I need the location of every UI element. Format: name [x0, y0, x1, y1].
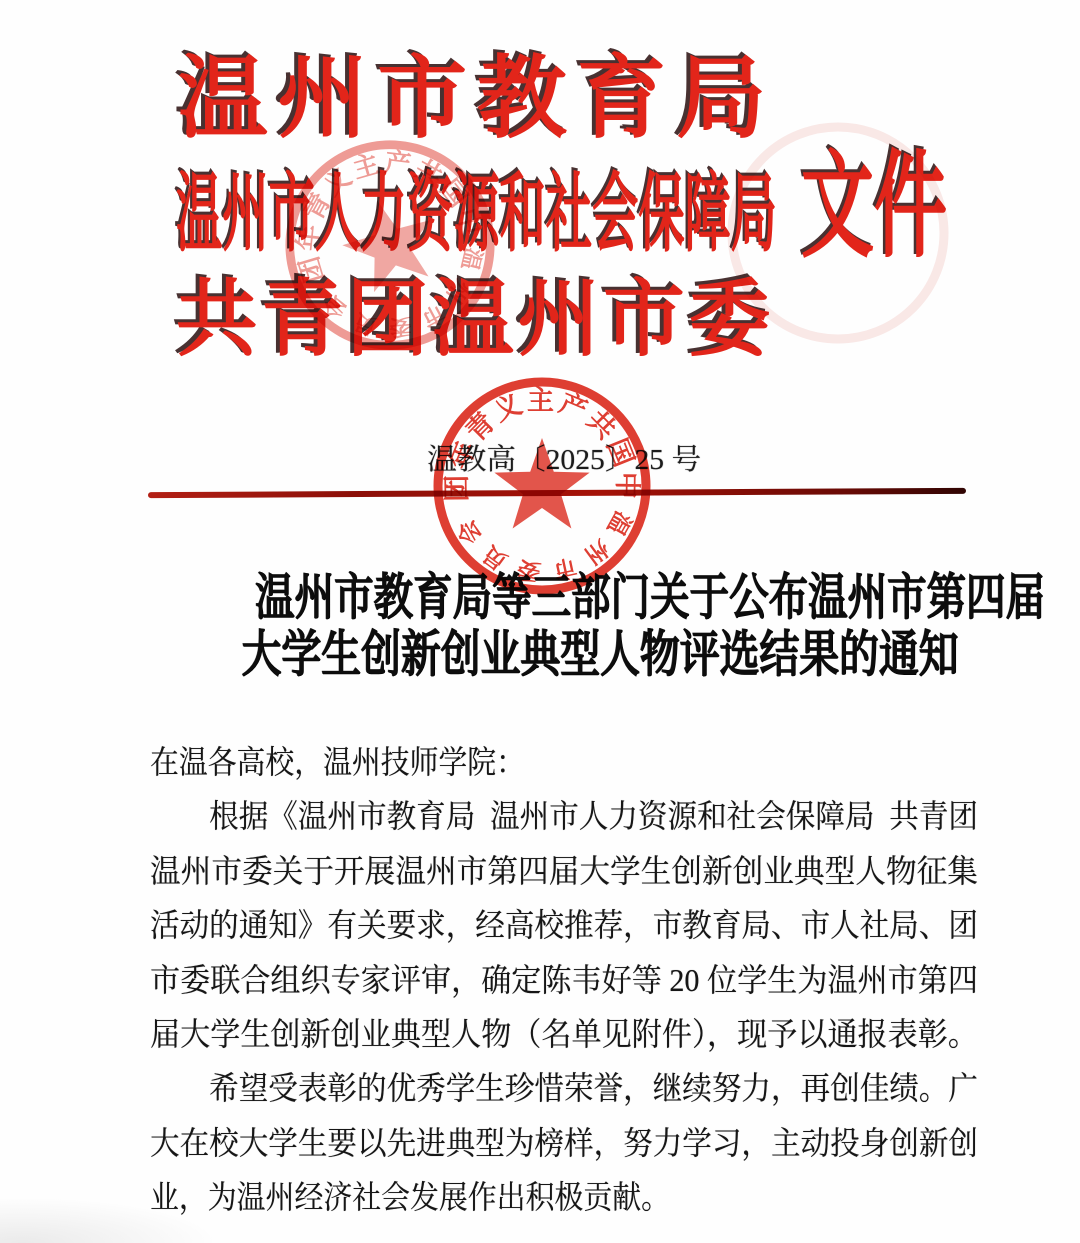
body-line: 届大学生创新创业典型人物（名单见附件），现予以通报表彰。 — [150, 1018, 978, 1050]
document-body: 在温各高校，温州技师学院： 根据《温州市教育局 温州市人力资源和社会保障局 共青… — [150, 742, 978, 1232]
youth-league-seal — [432, 376, 652, 596]
body-line: 希望受表彰的优秀学生珍惜荣誉，继续努力，再创佳绩。广 — [150, 1072, 978, 1104]
doc-number: 温教高〔2025〕25 号 — [427, 446, 701, 475]
document-title: 温州市教育局等三部门关于公布温州市第四届 大学生创新创业典型人物评选结果的通知 — [150, 572, 978, 686]
document-label: 文件 — [801, 150, 947, 266]
scan-smudge — [0, 1197, 220, 1243]
title-line-1: 温州市教育局等三部门关于公布温州市第四届 — [255, 572, 1045, 622]
header-line-1: 温州市教育局 — [178, 55, 776, 145]
body-line: 根据《温州市教育局 温州市人力资源和社会保障局 共青团 — [150, 800, 978, 832]
body-line: 在温各高校，温州技师学院： — [150, 746, 525, 778]
body-line: 业，为温州经济社会发展作出积极贡献。 — [150, 1181, 670, 1213]
title-line-2: 大学生创新创业典型人物评选结果的通知 — [241, 629, 958, 679]
scanned-official-document: 温州市教育局 温州市人力资源和社会保障局 共青团温州市委 文件 温教高〔2025… — [0, 0, 1080, 1243]
doc-number-row: 温教高〔2025〕25 号 — [150, 446, 978, 475]
body-line: 温州市委关于开展温州市第四届大学生创新创业典型人物征集 — [150, 855, 978, 887]
header-line-3: 共青团温州市委 — [176, 279, 774, 363]
red-separator-line — [148, 488, 966, 498]
header-line-2: 温州市人力资源和社会保障局 — [176, 171, 777, 257]
body-line: 大在校大学生要以先进典型为榜样，努力学习，主动投身创新创 — [150, 1127, 978, 1159]
body-line: 市委联合组织专家评审，确定陈韦好等 20 位学生为温州市第四 — [150, 964, 978, 996]
body-line: 活动的通知》有关要求，经高校推荐，市教育局、市人社局、团 — [150, 909, 978, 941]
